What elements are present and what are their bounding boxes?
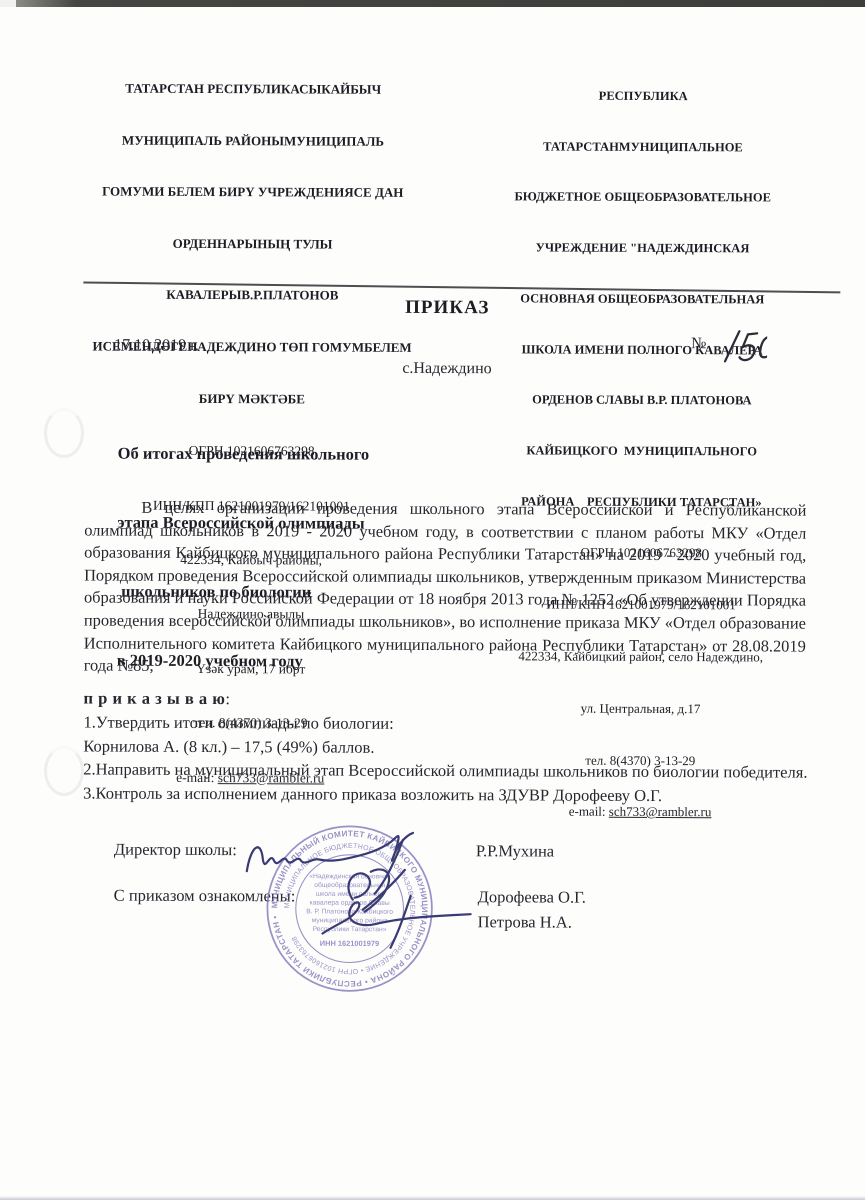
director-label: Директор школы: bbox=[114, 840, 237, 861]
order-number: № bbox=[691, 335, 706, 353]
letterhead-line: КАЙБИЦКОГО МУНИЦИПАЛЬНОГО bbox=[437, 443, 847, 459]
order-place: с.Надеждино bbox=[86, 358, 808, 379]
letterhead-line: УЧРЕЖДЕНИЕ "НАДЕЖДИНСКАЯ bbox=[438, 240, 848, 256]
order-clauses: п р и к а з ы в а ю: 1.Утвердить итоги о… bbox=[83, 686, 811, 808]
acknowledged-signature bbox=[306, 891, 474, 950]
order-item: 3.Контроль за исполнением данного приказ… bbox=[83, 782, 810, 809]
letterhead-line: ОРДЕННАРЫНЫҢ ТУЛЫ bbox=[80, 235, 426, 252]
order-item: 1.Утвердить итоги олимпиады по биологии: bbox=[83, 710, 810, 737]
letterhead-line: ГОМУМИ БЕЛЕМ БИРҮ УЧРЕЖДЕНИЯСЕ ДАН bbox=[80, 184, 426, 201]
order-date: 17.10.2019 г. bbox=[114, 337, 199, 355]
acknowledged-name: Дорофеева О.Г. bbox=[478, 887, 586, 907]
number-sign: № bbox=[691, 335, 706, 352]
director-name: Р.Р.Мухина bbox=[476, 841, 554, 861]
scanned-order-document: ТАТАРСТАН РЕСПУБЛИКАСЫКАЙБЫЧ МУНИЦИПАЛЬ … bbox=[0, 0, 865, 1200]
order-title: ПРИКАЗ bbox=[86, 295, 808, 320]
letterhead-line: ОРДЕНОВ СЛАВЫ В.Р. ПЛАТОНОВА bbox=[437, 392, 847, 408]
order-item: 2.Направить на муниципальный этап Всерос… bbox=[83, 758, 810, 785]
subject-line: Об итогах проведения школьного bbox=[118, 442, 370, 466]
acknowledged-name: Петрова Н.А. bbox=[478, 912, 572, 932]
letterhead-line: МУНИЦИПАЛЬ РАЙОНЫМУНИЦИПАЛЬ bbox=[80, 132, 426, 149]
order-preamble: В целях организации проведения школьного… bbox=[84, 496, 807, 680]
letterhead-line: БЮДЖЕТНОЕ ОБЩЕОБРАЗОВАТЕЛЬНОЕ bbox=[438, 189, 848, 205]
letterhead-line: ШКОЛА ИМЕНИ ПОЛНОГО КАВАЛЕРА bbox=[437, 342, 847, 358]
letterhead-line: ТАТАРСТАН РЕСПУБЛИКАСЫКАЙБЫЧ bbox=[80, 80, 426, 97]
letterhead-line: РЕСПУБЛИКА bbox=[438, 88, 848, 104]
decree-word: п р и к а з ы в а ю: bbox=[84, 686, 811, 713]
letterhead-line: ТАТАРСТАНМУНИЦИПАЛЬНОЕ bbox=[438, 139, 848, 155]
order-item-result: Корнилова А. (8 кл.) – 17,5 (49%) баллов… bbox=[83, 734, 810, 761]
document-content: ТАТАРСТАН РЕСПУБЛИКАСЫКАЙБЫЧ МУНИЦИПАЛЬ … bbox=[0, 0, 865, 1200]
